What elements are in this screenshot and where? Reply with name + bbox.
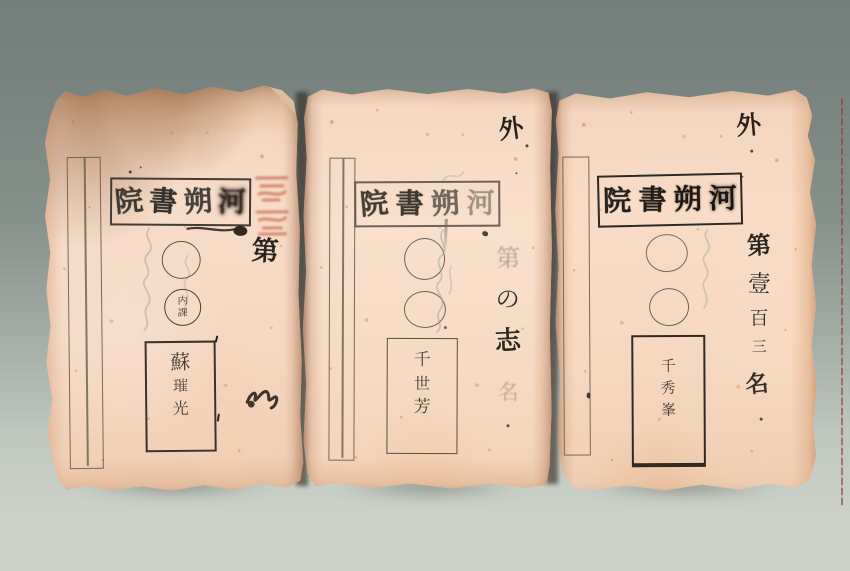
stamp-char: 河 [218, 188, 246, 216]
corner-annotation: 外 [735, 112, 762, 139]
pencil-scribble [421, 226, 461, 334]
ink-speck [140, 166, 142, 168]
serial-char: 第 [496, 238, 520, 273]
ink-speck [515, 172, 517, 174]
photo-stage: 院 書 朔 河 第 内 課 蘇 [0, 0, 850, 571]
stamp-char: 書 [149, 187, 179, 217]
ink-speck [129, 170, 132, 173]
seal-circle [646, 234, 688, 272]
serial-char: 第 [745, 225, 772, 262]
serial-char: 三 [752, 336, 767, 357]
stamp-char: 書 [638, 186, 666, 214]
name-char: 世 [414, 376, 430, 392]
academy-stamp-box: 院 書 朔 河 [354, 181, 500, 228]
section-label-bottom: 課 [178, 307, 188, 319]
ink-scribble [243, 380, 283, 412]
name-char: 峯 [661, 403, 676, 418]
name-char: 光 [173, 401, 189, 417]
book-cover-right: 外 院 書 朔 河 千 秀 峯 第 壹 百 三 名 [552, 87, 818, 492]
ink-mark [482, 230, 489, 237]
ink-smear [185, 219, 250, 241]
stamp-char: 朔 [673, 185, 702, 214]
name-label: 名 [498, 382, 519, 403]
book-cover-middle: 外 院 書 朔 河 千 世 芳 第 の 志 [300, 86, 553, 491]
ink-blob [587, 392, 591, 398]
serial-char: 百 [750, 304, 769, 331]
serial-char: 壹 [747, 265, 772, 299]
section-circle: 内 課 [164, 289, 201, 326]
stamp-char: 院 [114, 186, 145, 217]
seal-circle [649, 288, 689, 326]
name-box: 千 秀 峯 [631, 335, 706, 467]
name-char: 千 [661, 359, 676, 374]
book-cover-left: 院 書 朔 河 第 内 課 蘇 [42, 83, 304, 494]
name-char: 千 [414, 352, 431, 369]
stamp-char: 河 [709, 185, 738, 214]
pencil-scribble [439, 164, 467, 186]
serial-annotation: 第 の 志 [495, 238, 521, 357]
ink-tick [215, 335, 219, 342]
cover-margin-rules [562, 156, 591, 455]
name-box: 蘇 璀 光 [145, 341, 217, 453]
red-seal-stamp [249, 170, 296, 240]
section-label-top: 内 [178, 296, 188, 308]
stamp-char: 書 [395, 190, 423, 218]
name-label: 名 [744, 372, 769, 397]
ink-speck [525, 144, 528, 147]
name-char: 蘇 [170, 352, 190, 372]
academy-stamp-box: 院 書 朔 河 [597, 172, 743, 227]
pencil-scribble [688, 226, 728, 312]
seal-circle [162, 241, 201, 279]
ink-speck [507, 424, 510, 427]
academy-stamp-box: 院 書 朔 河 [110, 177, 251, 226]
ink-speck [760, 418, 763, 421]
corner-annotation: 外 [497, 115, 525, 143]
serial-annotation: 第 壹 百 三 [747, 226, 772, 357]
serial-char: 志 [494, 320, 522, 358]
stamp-char: 院 [359, 189, 389, 219]
ink-tick [217, 413, 220, 421]
backdrop-crease-line [841, 98, 843, 506]
name-char: 秀 [660, 381, 676, 397]
name-char: 芳 [414, 399, 431, 416]
name-char: 璀 [173, 379, 188, 394]
pencil-scribble [131, 224, 166, 334]
stamp-char: 朔 [430, 189, 460, 219]
stamp-char: 朔 [183, 187, 213, 217]
serial-char: の [494, 278, 522, 315]
stamp-char: 河 [466, 190, 494, 218]
name-box: 千 世 芳 [386, 338, 457, 454]
serial-annotation: 第 [251, 237, 280, 266]
stamp-char: 院 [603, 187, 632, 216]
ink-speck [444, 326, 447, 329]
ink-speck [750, 150, 753, 153]
